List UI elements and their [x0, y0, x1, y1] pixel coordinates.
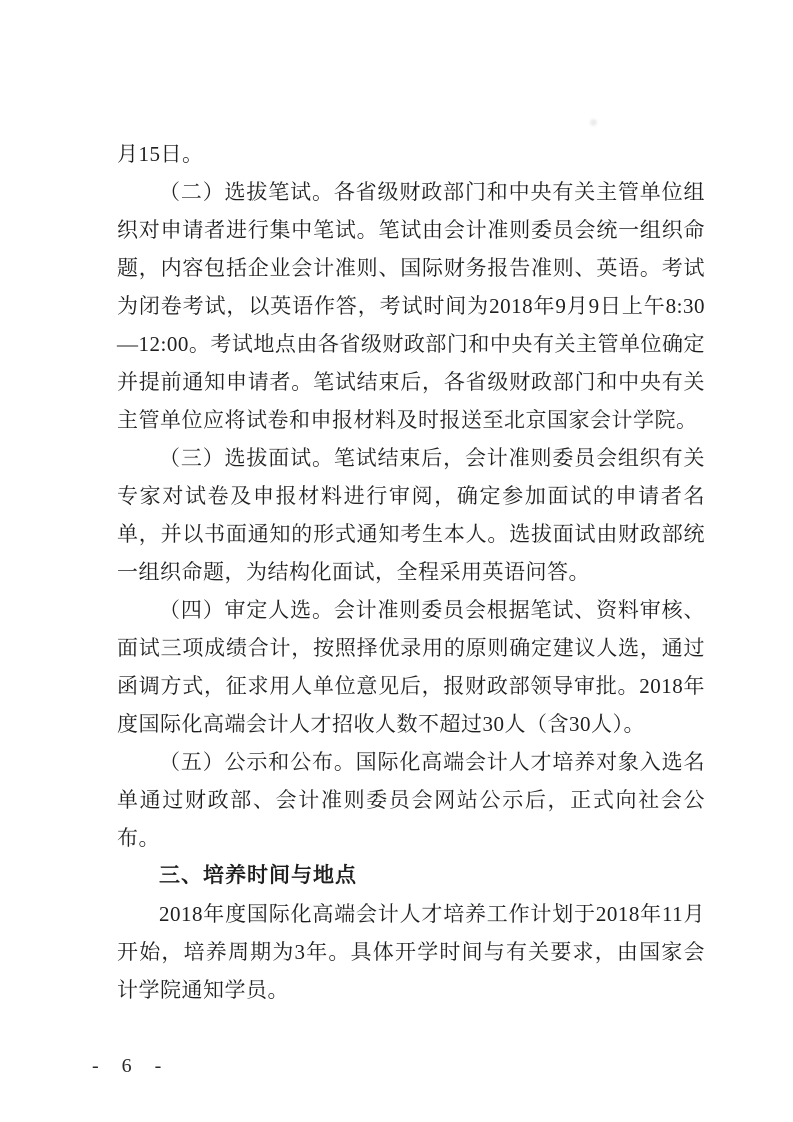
section-heading-training-time-place: 三、培养时间与地点: [117, 857, 705, 895]
paragraph-step-3-interview: （三）选拔面试。笔试结束后，会计准则委员会组织有关专家对试卷及申报材料进行审阅，…: [117, 439, 705, 591]
document-body: 月15日。 （二）选拔笔试。各省级财政部门和中央有关主管单位组织对申请者进行集中…: [117, 135, 705, 1009]
paragraph-step-4-final-selection: （四）审定人选。会计准则委员会根据笔试、资料审核、面试三项成绩合计，按照择优录用…: [117, 591, 705, 743]
scan-artifact-dot: [590, 119, 597, 126]
page-number: - 6 -: [92, 1055, 170, 1078]
paragraph-continuation: 月15日。: [117, 135, 705, 173]
paragraph-step-2-written-test: （二）选拔笔试。各省级财政部门和中央有关主管单位组织对申请者进行集中笔试。笔试由…: [117, 173, 705, 439]
paragraph-training-schedule: 2018年度国际化高端会计人才培养工作计划于2018年11月开始，培养周期为3年…: [117, 895, 705, 1009]
paragraph-step-5-announcement: （五）公示和公布。国际化高端会计人才培养对象入选名单通过财政部、会计准则委员会网…: [117, 743, 705, 857]
document-page: 月15日。 （二）选拔笔试。各省级财政部门和中央有关主管单位组织对申请者进行集中…: [0, 0, 793, 1122]
